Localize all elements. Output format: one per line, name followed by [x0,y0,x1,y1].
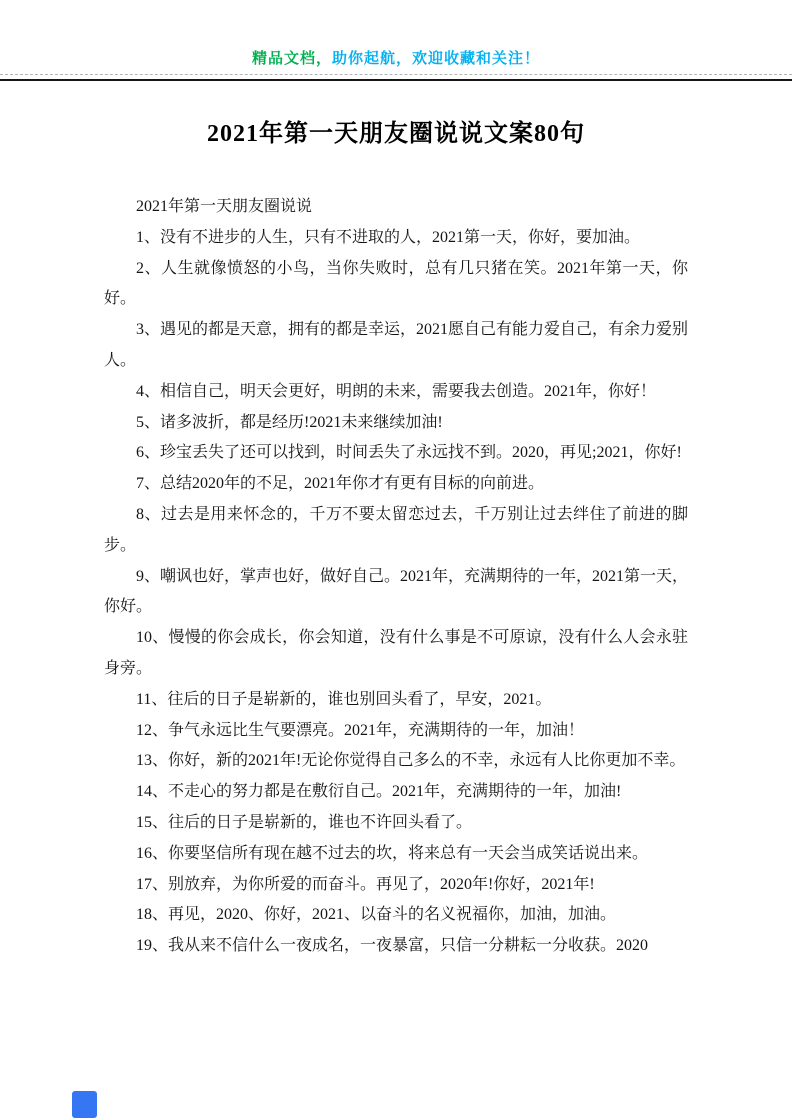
list-item: 3、遇见的都是天意，拥有的都是幸运，2021愿自己有能力爱自己，有余力爱别人。 [104,315,688,377]
list-item: 6、珍宝丢失了还可以找到，时间丢失了永远找不到。2020，再见;2021，你好! [104,438,688,469]
list-item: 8、过去是用来怀念的，千万不要太留恋过去，千万别让过去绊住了前进的脚步。 [104,500,688,562]
list-item: 19、我从来不信什么一夜成名，一夜暴富，只信一分耕耘一分收获。2020 [104,931,688,962]
list-item: 10、慢慢的你会成长，你会知道，没有什么事是不可原谅，没有什么人会永驻身旁。 [104,623,688,685]
list-item: 1、没有不进步的人生，只有不进取的人，2021第一天，你好，要加油。 [104,223,688,254]
list-item: 13、你好，新的2021年!无论你觉得自己多么的不幸，永远有人比你更加不幸。 [104,746,688,777]
list-item: 11、往后的日子是崭新的，谁也别回头看了，早安，2021。 [104,685,688,716]
quote-list: 1、没有不进步的人生，只有不进取的人，2021第一天，你好，要加油。2、人生就像… [104,223,688,962]
list-item: 5、诸多波折，都是经历!2021未来继续加油! [104,408,688,439]
list-item: 18、再见，2020、你好，2021、以奋斗的名义祝福你，加油，加油。 [104,900,688,931]
list-item: 15、往后的日子是崭新的，谁也不许回头看了。 [104,808,688,839]
intro-line: 2021年第一天朋友圈说说 [104,192,688,223]
list-item: 7、总结2020年的不足，2021年你才有更有目标的向前进。 [104,469,688,500]
header-banner: 精品文档，助你起航，欢迎收藏和关注！ [0,0,792,70]
list-item: 14、不走心的努力都是在敷衍自己。2021年，充满期待的一年，加油! [104,777,688,808]
list-item: 17、别放弃，为你所爱的而奋斗。再见了，2020年!你好，2021年! [104,870,688,901]
document-page: 精品文档，助你起航，欢迎收藏和关注！ 2021年第一天朋友圈说说文案80句 20… [0,0,792,1120]
list-item: 16、你要坚信所有现在越不过去的坎，将来总有一天会当成笑话说出来。 [104,839,688,870]
list-item: 12、争气永远比生气要漂亮。2021年，充满期待的一年，加油！ [104,716,688,747]
list-item: 4、相信自己，明天会更好，明朗的未来，需要我去创造。2021年，你好！ [104,377,688,408]
bottom-left-page-mark [72,1091,97,1118]
page-title: 2021年第一天朋友圈说说文案80句 [40,113,752,148]
list-item: 9、嘲讽也好，掌声也好，做好自己。2021年，充满期待的一年，2021第一天，你… [104,562,688,624]
list-item: 2、人生就像愤怒的小鸟，当你失败时，总有几只猪在笑。2021年第一天，你好。 [104,254,688,316]
header-divider [0,74,792,81]
document-body: 2021年第一天朋友圈说说 1、没有不进步的人生，只有不进取的人，2021第一天… [0,192,792,962]
header-text-blue: 助你起航，欢迎收藏和关注！ [332,51,540,67]
header-text-green: 精品文档， [252,51,332,67]
